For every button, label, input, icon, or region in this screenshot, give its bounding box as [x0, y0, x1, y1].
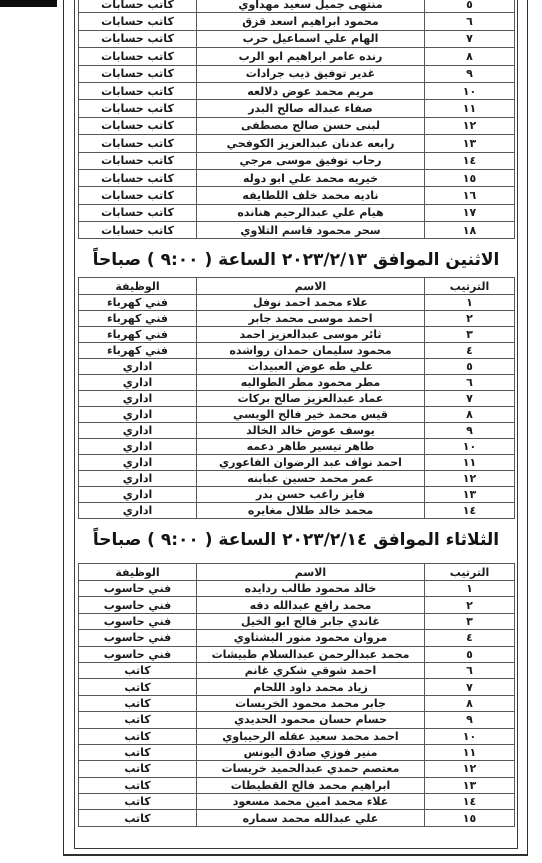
- name-cell: يوسف عوض خالد الخالد: [197, 423, 425, 439]
- job-cell: كاتب حسابات: [79, 100, 197, 117]
- name-cell: طاهر تيسير طاهر دعمه: [197, 439, 425, 455]
- rank-cell: ١١: [425, 455, 515, 471]
- rank-cell: ٢: [425, 311, 515, 327]
- table-row: ١٦ناديه محمد خلف اللطايفهكاتب حسابات: [79, 187, 515, 204]
- rank-cell: ١٦: [425, 187, 515, 204]
- rank-cell: ١٠: [425, 728, 515, 744]
- table-row: ٨قيس محمد خير فالح الويسياداري: [79, 407, 515, 423]
- rank-cell: ٧: [425, 30, 515, 47]
- name-cell: غدير توفيق ذيب جرادات: [197, 65, 425, 82]
- name-cell: محمود سليمان حمدان رواشده: [197, 343, 425, 359]
- rank-cell: ١٨: [425, 222, 515, 239]
- rank-cell: ٦: [425, 662, 515, 678]
- name-cell: مطر محمود مطر الطوالبه: [197, 375, 425, 391]
- rank-cell: ٤: [425, 343, 515, 359]
- name-cell: هيام علي عبدالرحيم هنانده: [197, 204, 425, 221]
- job-cell: كاتب حسابات: [79, 135, 197, 152]
- job-cell: اداري: [79, 375, 197, 391]
- rank-cell: ١٧: [425, 204, 515, 221]
- rank-cell: ١٤: [425, 503, 515, 519]
- rank-cell: ٥: [425, 0, 515, 13]
- name-column-header: الاسم: [197, 278, 425, 295]
- rank-cell: ١٣: [425, 487, 515, 503]
- job-cell: كاتب: [79, 712, 197, 728]
- job-cell: كاتب حسابات: [79, 65, 197, 82]
- name-cell: زياد محمد داود اللحام: [197, 679, 425, 695]
- job-cell: فني كهرباء: [79, 343, 197, 359]
- job-cell: فني حاسوب: [79, 646, 197, 662]
- table-row: ١٢لبنى حسن صالح مصطفىكاتب حسابات: [79, 117, 515, 134]
- table-row: ١٨سحر محمود قاسم التلاويكاتب حسابات: [79, 222, 515, 239]
- table-row: ٩يوسف عوض خالد الخالداداري: [79, 423, 515, 439]
- job-cell: اداري: [79, 439, 197, 455]
- rank-cell: ٨: [425, 407, 515, 423]
- table-row: ١٣ابراهيم محمد فالح القطيطاتكاتب: [79, 777, 515, 793]
- table-row: ١٤علاء محمد امين محمد مسعودكاتب: [79, 794, 515, 810]
- name-cell: محمد خالد طلال مغايره: [197, 503, 425, 519]
- rank-cell: ٣: [425, 613, 515, 629]
- name-cell: فايز راغب حسن بدر: [197, 487, 425, 503]
- name-cell: عمر محمد حسين عبابنه: [197, 471, 425, 487]
- job-cell: كاتب حسابات: [79, 30, 197, 47]
- name-cell: عماد عبدالعزيز صالح بركات: [197, 391, 425, 407]
- name-cell: علي طه عوض العبيدات: [197, 359, 425, 375]
- rank-cell: ٩: [425, 65, 515, 82]
- job-cell: كاتب حسابات: [79, 222, 197, 239]
- name-cell: ابراهيم محمد فالح القطيطات: [197, 777, 425, 793]
- job-cell: كاتب حسابات: [79, 13, 197, 30]
- name-cell: احمد نواف عبد الرضوان الفاعوري: [197, 455, 425, 471]
- name-cell: خيريه محمد علي ابو دوله: [197, 169, 425, 186]
- rank-cell: ٤: [425, 630, 515, 646]
- name-cell: معتصم حمدي عبدالحميد خريسات: [197, 761, 425, 777]
- name-cell: ثائر موسى عبدالعزيز احمد: [197, 327, 425, 343]
- rank-cell: ١٢: [425, 471, 515, 487]
- table-row: ٥محمد عبدالرحمن عبدالسلام طبيشاتفني حاسو…: [79, 646, 515, 662]
- job-cell: كاتب: [79, 728, 197, 744]
- monday-session-title: الاثنين الموافق ٢٠٢٣/٢/١٣ الساعة ( ٩:٠٠ …: [78, 244, 514, 277]
- name-cell: صفاء عبداله صالح البدر: [197, 100, 425, 117]
- rank-cell: ١: [425, 295, 515, 311]
- job-cell: كاتب حسابات: [79, 169, 197, 186]
- name-cell: احمد موسى محمد جابر: [197, 311, 425, 327]
- table-row: ١٠طاهر تيسير طاهر دعمهاداري: [79, 439, 515, 455]
- rank-cell: ١٠: [425, 439, 515, 455]
- name-cell: علي عبدالله محمد سماره: [197, 810, 425, 826]
- scanned-document-page: { "shared": { "columns": { "rank": "التر…: [0, 0, 542, 863]
- table-row: ٦محمود ابراهيم اسعد قزقكاتب حسابات: [79, 13, 515, 30]
- job-cell: فني كهرباء: [79, 311, 197, 327]
- name-cell: سحر محمود قاسم التلاوي: [197, 222, 425, 239]
- job-cell: اداري: [79, 407, 197, 423]
- table-row: ١علاء محمد احمد نوفلفني كهرباء: [79, 295, 515, 311]
- job-cell: كاتب: [79, 744, 197, 760]
- table-row: ٧عماد عبدالعزيز صالح بركاتاداري: [79, 391, 515, 407]
- table-row: ٥منتهى جميل سعيد مهداويكاتب حسابات: [79, 0, 515, 13]
- job-cell: كاتب حسابات: [79, 82, 197, 99]
- name-cell: رنده عامر ابراهيم ابو الرب: [197, 48, 425, 65]
- job-cell: كاتب حسابات: [79, 0, 197, 13]
- job-cell: كاتب حسابات: [79, 152, 197, 169]
- job-cell: اداري: [79, 359, 197, 375]
- name-cell: منير فوزي صادق اليونس: [197, 744, 425, 760]
- rank-column-header: الترتيب: [425, 564, 515, 581]
- job-cell: كاتب حسابات: [79, 48, 197, 65]
- monday-session-table: الترتيب الاسم الوظيفة ١علاء محمد احمد نو…: [78, 277, 515, 519]
- job-cell: فني كهرباء: [79, 327, 197, 343]
- name-cell: احمد محمد سعيد عقله الرحيباوي: [197, 728, 425, 744]
- name-cell: غاندي جابر فالح ابو الخيل: [197, 613, 425, 629]
- rank-cell: ١٥: [425, 810, 515, 826]
- name-cell: رابعه عدنان عبدالعزيز الكوفحي: [197, 135, 425, 152]
- name-cell: محمد رافع عبدالله دقه: [197, 597, 425, 613]
- table-row: ٥علي طه عوض العبيداتاداري: [79, 359, 515, 375]
- rank-cell: ٦: [425, 375, 515, 391]
- rank-cell: ٦: [425, 13, 515, 30]
- rank-cell: ١٣: [425, 135, 515, 152]
- rank-cell: ١١: [425, 744, 515, 760]
- table-row: ١١احمد نواف عبد الرضوان الفاعورياداري: [79, 455, 515, 471]
- table-row: ٣غاندي جابر فالح ابو الخيلفني حاسوب: [79, 613, 515, 629]
- table-row: ٦احمد شوقي شكري غانمكاتب: [79, 662, 515, 678]
- job-cell: فني حاسوب: [79, 581, 197, 597]
- rank-cell: ٢: [425, 597, 515, 613]
- name-column-header: الاسم: [197, 564, 425, 581]
- table-row: ١٧هيام علي عبدالرحيم هناندهكاتب حسابات: [79, 204, 515, 221]
- name-cell: علاء محمد احمد نوفل: [197, 295, 425, 311]
- table-row: ١خالد محمود طالب ردايدهفني حاسوب: [79, 581, 515, 597]
- job-cell: اداري: [79, 471, 197, 487]
- table-row: ٢محمد رافع عبدالله دقهفني حاسوب: [79, 597, 515, 613]
- rank-cell: ١٢: [425, 761, 515, 777]
- table-row: ١٢معتصم حمدي عبدالحميد خريساتكاتب: [79, 761, 515, 777]
- rank-cell: ٨: [425, 695, 515, 711]
- table-row: ٤مروان محمود منور البشتاويفني حاسوب: [79, 630, 515, 646]
- job-cell: كاتب: [79, 761, 197, 777]
- table-row: ١١صفاء عبداله صالح البدركاتب حسابات: [79, 100, 515, 117]
- job-cell: اداري: [79, 423, 197, 439]
- table-row: ١٤محمد خالد طلال مغايرهاداري: [79, 503, 515, 519]
- job-cell: كاتب حسابات: [79, 187, 197, 204]
- name-cell: خالد محمود طالب ردايده: [197, 581, 425, 597]
- job-cell: كاتب: [79, 695, 197, 711]
- job-cell: اداري: [79, 487, 197, 503]
- table-row: ٧الهام علي اسماعيل حربكاتب حسابات: [79, 30, 515, 47]
- table-row: ١٤رحاب توفيق موسى مرجيكاتب حسابات: [79, 152, 515, 169]
- rank-column-header: الترتيب: [425, 278, 515, 295]
- rank-cell: ١١: [425, 100, 515, 117]
- name-cell: علاء محمد امين محمد مسعود: [197, 794, 425, 810]
- job-cell: كاتب حسابات: [79, 204, 197, 221]
- table-header-row: الترتيب الاسم الوظيفة: [79, 278, 515, 295]
- rank-cell: ١: [425, 581, 515, 597]
- rank-cell: ٥: [425, 646, 515, 662]
- job-cell: كاتب: [79, 679, 197, 695]
- rank-cell: ٨: [425, 48, 515, 65]
- name-cell: قيس محمد خير فالح الويسي: [197, 407, 425, 423]
- table-row: ١٠مريم محمد عوض دلالعهكاتب حسابات: [79, 82, 515, 99]
- scan-artifact-bar: [0, 0, 57, 7]
- job-cell: كاتب: [79, 662, 197, 678]
- table-row: ١٣فايز راغب حسن بدراداري: [79, 487, 515, 503]
- rank-cell: ١٢: [425, 117, 515, 134]
- name-cell: الهام علي اسماعيل حرب: [197, 30, 425, 47]
- rank-cell: ٩: [425, 712, 515, 728]
- name-cell: محمود ابراهيم اسعد قزق: [197, 13, 425, 30]
- name-cell: مريم محمد عوض دلالعه: [197, 82, 425, 99]
- table-row: ١١منير فوزي صادق اليونسكاتب: [79, 744, 515, 760]
- table-row: ٩حسام حسان محمود الحديديكاتب: [79, 712, 515, 728]
- rank-cell: ٣: [425, 327, 515, 343]
- rank-cell: ١٤: [425, 794, 515, 810]
- table-row: ١٣رابعه عدنان عبدالعزيز الكوفحيكاتب حساب…: [79, 135, 515, 152]
- rank-cell: ١٠: [425, 82, 515, 99]
- table-row: ٢احمد موسى محمد جابرفني كهرباء: [79, 311, 515, 327]
- job-column-header: الوظيفة: [79, 278, 197, 295]
- table-row: ١٥خيريه محمد علي ابو دولهكاتب حسابات: [79, 169, 515, 186]
- job-cell: كاتب: [79, 777, 197, 793]
- name-cell: جابر محمد محمود الخريسات: [197, 695, 425, 711]
- name-cell: حسام حسان محمود الحديدي: [197, 712, 425, 728]
- rank-cell: ٧: [425, 391, 515, 407]
- name-cell: مروان محمود منور البشتاوي: [197, 630, 425, 646]
- job-cell: كاتب حسابات: [79, 117, 197, 134]
- name-cell: منتهى جميل سعيد مهداوي: [197, 0, 425, 13]
- job-cell: اداري: [79, 503, 197, 519]
- table-row: ٨رنده عامر ابراهيم ابو الربكاتب حسابات: [79, 48, 515, 65]
- name-cell: احمد شوقي شكري غانم: [197, 662, 425, 678]
- job-cell: فني حاسوب: [79, 630, 197, 646]
- job-cell: كاتب: [79, 794, 197, 810]
- name-cell: ناديه محمد خلف اللطايفه: [197, 187, 425, 204]
- table-header-row: الترتيب الاسم الوظيفة: [79, 564, 515, 581]
- table-row: ١٢عمر محمد حسين عبابنهاداري: [79, 471, 515, 487]
- job-cell: فني حاسوب: [79, 613, 197, 629]
- job-cell: كاتب: [79, 810, 197, 826]
- table-row: ٤محمود سليمان حمدان رواشدهفني كهرباء: [79, 343, 515, 359]
- table-row: ٦مطر محمود مطر الطوالبهاداري: [79, 375, 515, 391]
- job-cell: فني حاسوب: [79, 597, 197, 613]
- rank-cell: ٧: [425, 679, 515, 695]
- rank-cell: ٩: [425, 423, 515, 439]
- table-row: ٩غدير توفيق ذيب جراداتكاتب حسابات: [79, 65, 515, 82]
- job-cell: اداري: [79, 391, 197, 407]
- table-row: ١٥علي عبدالله محمد سمارهكاتب: [79, 810, 515, 826]
- table-row: ١٠احمد محمد سعيد عقله الرحيباويكاتب: [79, 728, 515, 744]
- name-cell: لبنى حسن صالح مصطفى: [197, 117, 425, 134]
- table-row: ٣ثائر موسى عبدالعزيز احمدفني كهرباء: [79, 327, 515, 343]
- rank-cell: ١٥: [425, 169, 515, 186]
- job-column-header: الوظيفة: [79, 564, 197, 581]
- tuesday-session-title: الثلاثاء الموافق ٢٠٢٣/٢/١٤ الساعة ( ٩:٠٠…: [78, 524, 514, 557]
- table-row: ٨جابر محمد محمود الخريساتكاتب: [79, 695, 515, 711]
- name-cell: رحاب توفيق موسى مرجي: [197, 152, 425, 169]
- name-cell: محمد عبدالرحمن عبدالسلام طبيشات: [197, 646, 425, 662]
- rank-cell: ٥: [425, 359, 515, 375]
- tuesday-session-table: الترتيب الاسم الوظيفة ١خالد محمود طالب ر…: [78, 563, 515, 827]
- job-cell: اداري: [79, 455, 197, 471]
- rank-cell: ١٤: [425, 152, 515, 169]
- rank-cell: ١٣: [425, 777, 515, 793]
- job-cell: فني كهرباء: [79, 295, 197, 311]
- table-row: ٧زياد محمد داود اللحامكاتب: [79, 679, 515, 695]
- accounts-clerks-table: ٥منتهى جميل سعيد مهداويكاتب حسابات٦محمود…: [78, 0, 515, 239]
